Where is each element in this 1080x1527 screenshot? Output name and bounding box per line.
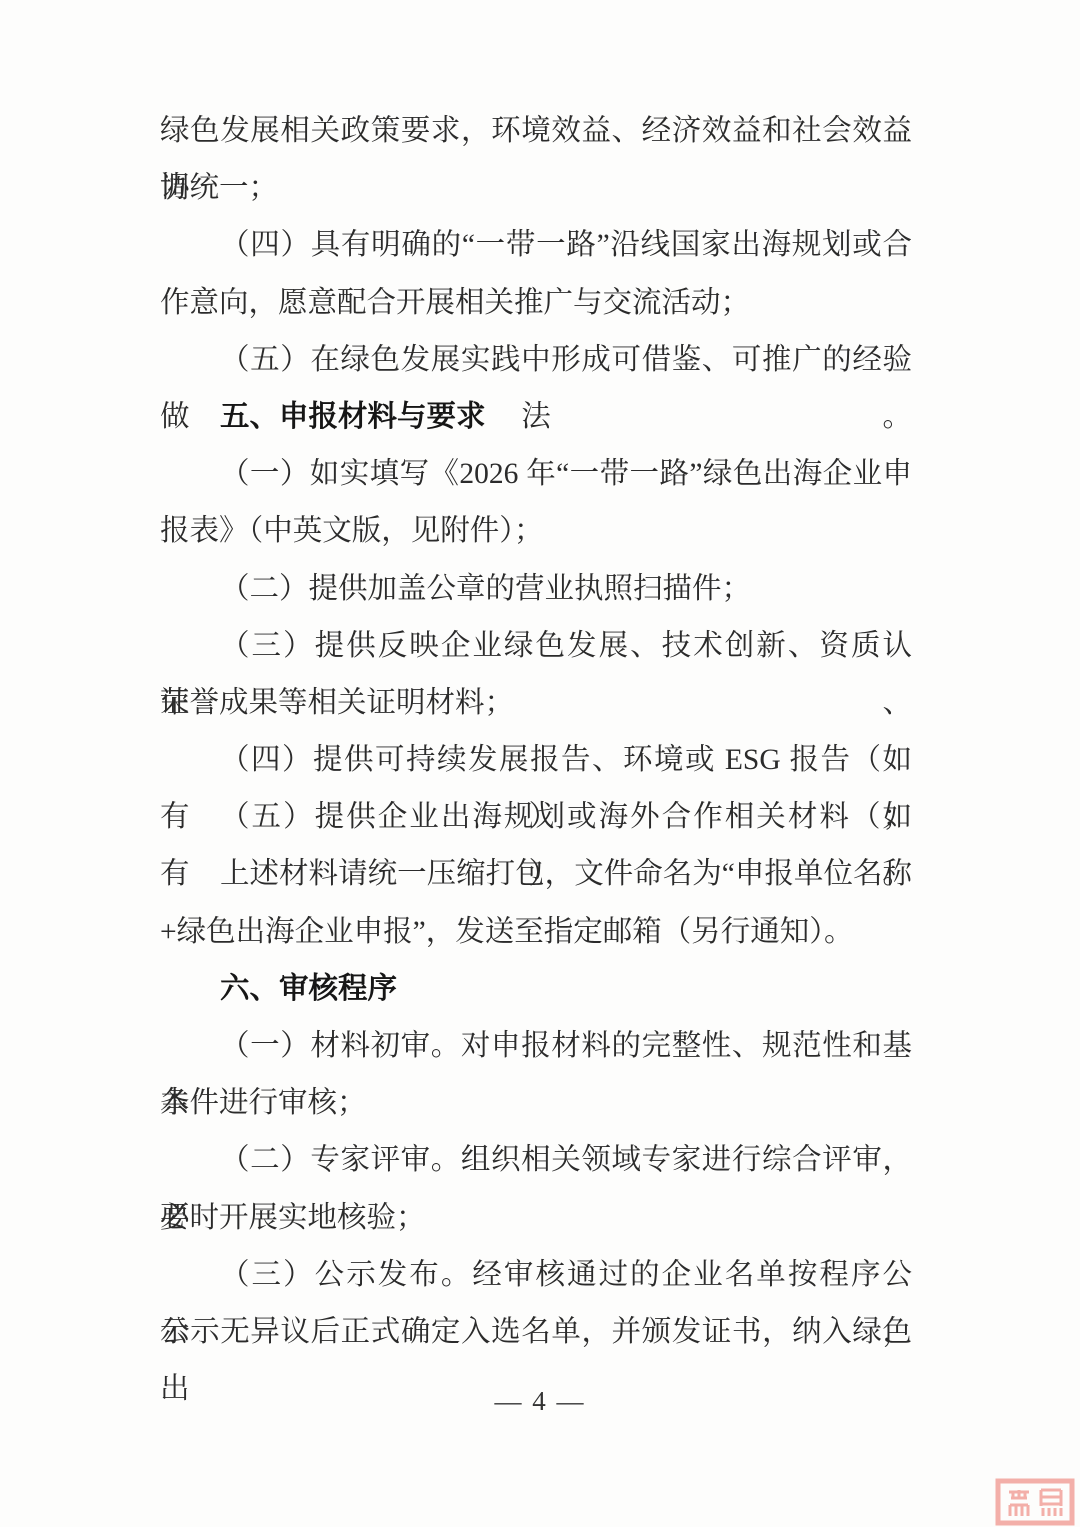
text-line: （一）如实填写《2026 年“一带一路”绿色出海企业申 — [160, 446, 912, 503]
text-line: （一）材料初审。对申报材料的完整性、规范性和基本 — [160, 1018, 912, 1075]
page-number: — 4 — — [0, 1386, 1080, 1417]
text-line: 要时开展实地核验； — [160, 1190, 912, 1247]
text-line: 作意向，愿意配合开展相关推广与交流活动； — [160, 275, 912, 332]
document-body: 绿色发展相关政策要求，环境效益、经济效益和社会效益协 调统一； （四）具有明确的… — [160, 103, 912, 1361]
text-line: （四）具有明确的“一带一路”沿线国家出海规划或合 — [160, 217, 912, 274]
text-line: （四）提供可持续发展报告、环境或 ESG 报告（如有）； — [160, 732, 912, 789]
text-line: 公示无异议后正式确定入选名单，并颁发证书，纳入绿色出 — [160, 1304, 912, 1361]
text-line: 报表》（中英文版，见附件）； — [160, 503, 912, 560]
text-line: （二）专家评审。组织相关领域专家进行综合评审，必 — [160, 1132, 912, 1189]
text-line: （三）提供反映企业绿色发展、技术创新、资质认证、 — [160, 618, 912, 675]
text-line: +绿色出海企业申报”，发送至指定邮箱（另行通知）。 — [160, 904, 912, 961]
seal-stamp-icon — [995, 1478, 1075, 1526]
text-line: 绿色发展相关政策要求，环境效益、经济效益和社会效益协 — [160, 103, 912, 160]
text-line: （五）提供企业出海规划或海外合作相关材料（如有）。 — [160, 789, 912, 846]
section-heading: 六、审核程序 — [160, 961, 912, 1018]
text-line: （三）公示发布。经审核通过的企业名单按程序公示， — [160, 1247, 912, 1304]
text-line: 条件进行审核； — [160, 1075, 912, 1132]
document-page: 绿色发展相关政策要求，环境效益、经济效益和社会效益协 调统一； （四）具有明确的… — [0, 0, 1080, 1527]
text-line: （二）提供加盖公章的营业执照扫描件； — [160, 561, 912, 618]
text-line: 上述材料请统一压缩打包，文件命名为“申报单位名称 — [160, 846, 912, 903]
text-line: 调统一； — [160, 160, 912, 217]
text-line: （五）在绿色发展实践中形成可借鉴、可推广的经验做法。 — [160, 332, 912, 389]
